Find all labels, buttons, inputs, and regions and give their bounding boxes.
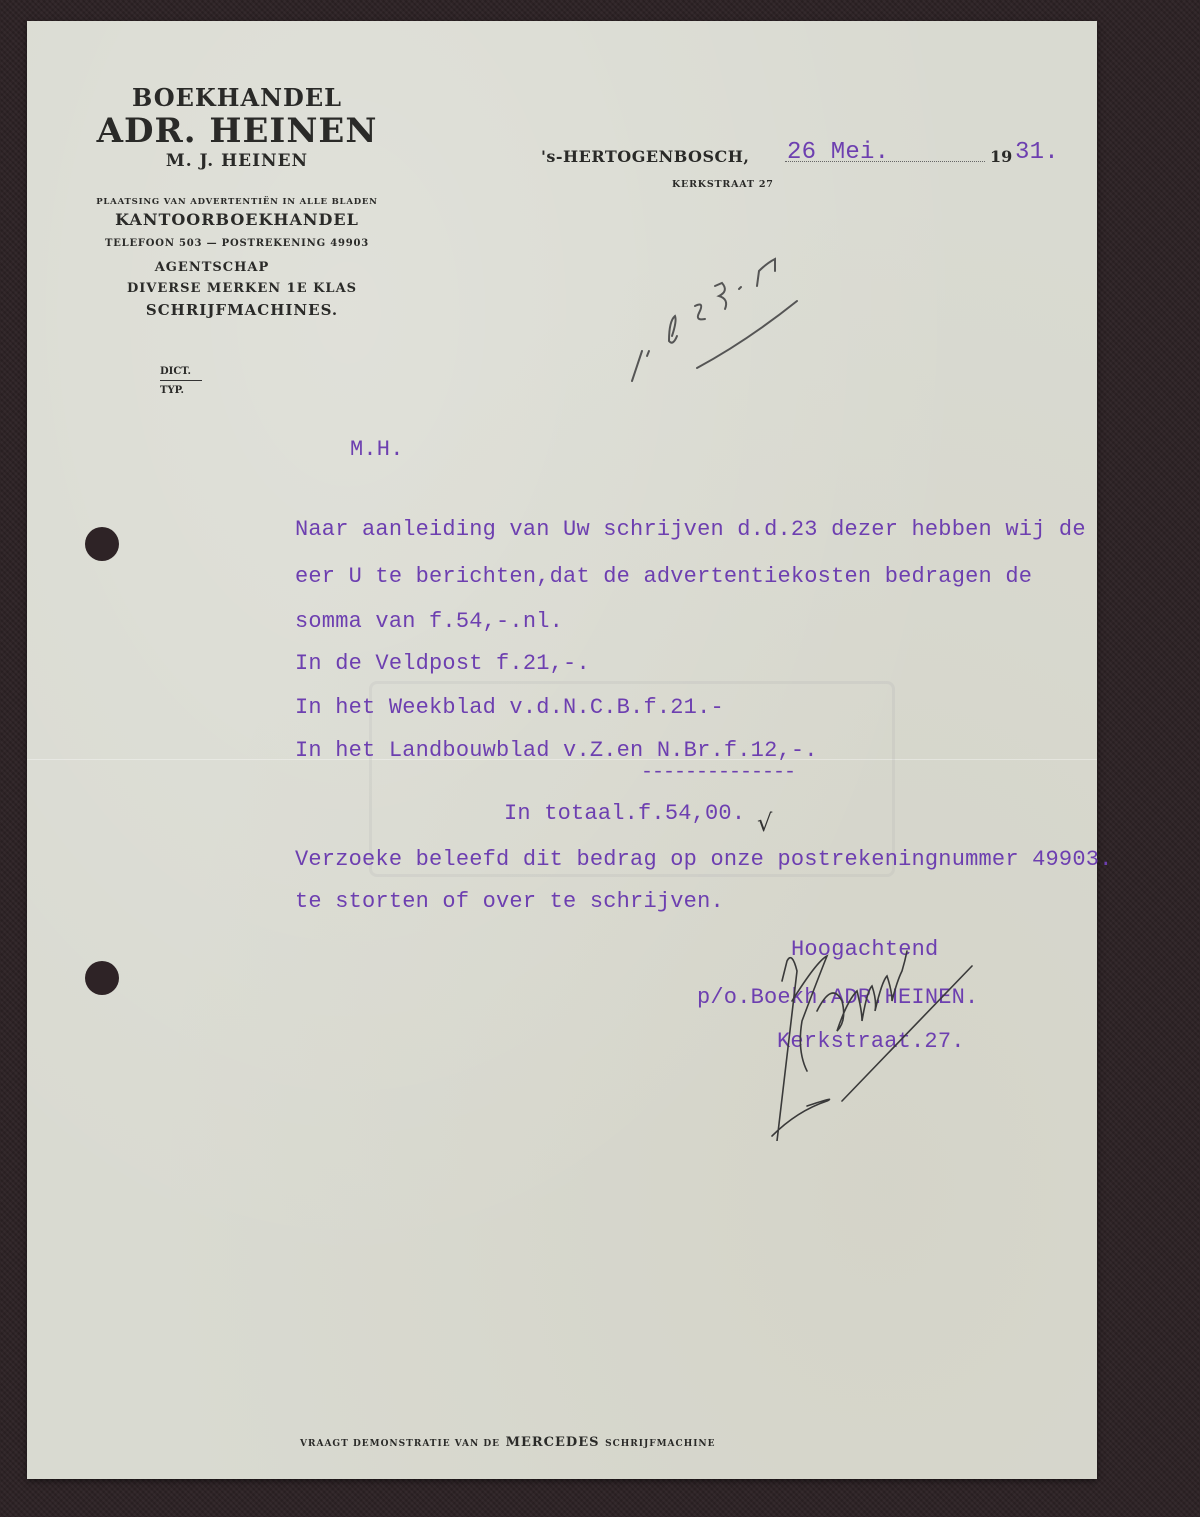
cost-item-weekblad: In het Weekblad v.d.N.C.B.f.21.- [295, 695, 724, 720]
address-label: KERKSTRAAT 27 [672, 179, 774, 190]
salutation: M.H. [350, 437, 404, 462]
total-line: In totaal.f.54,00. [504, 801, 745, 826]
punch-hole-lower [85, 961, 119, 995]
cost-item-landbouwblad: In het Landbouwblad v.Z.en N.Br.f.12,-. [295, 738, 818, 763]
check-mark-icon: √ [757, 809, 772, 837]
footer-post: SCHRIJFMACHINE [605, 1439, 715, 1449]
dict-typ-divider [160, 380, 202, 381]
letter-paper: BOEKHANDEL ADR. HEINEN M. J. HEINEN PLAA… [27, 21, 1097, 1479]
paragraph-line-2: eer U te berichten,dat de advertentiekos… [295, 564, 1032, 589]
handwritten-signature [747, 941, 977, 1141]
city-label: 's-HERTOGENBOSCH, [541, 147, 749, 166]
pencil-annotation [597, 241, 827, 411]
letterhead-owner: M. J. HEINEN [87, 151, 387, 171]
letterhead-line-boekhandel: BOEKHANDEL [87, 83, 387, 112]
footer-pre: VRAAGT DEMONSTRATIE VAN DE [300, 1439, 500, 1449]
letterhead-phone-account: TELEFOON 503 — POSTREKENING 49903 [57, 238, 417, 249]
typ-label: TYP. [160, 385, 184, 396]
footer-advert: VRAAGT DEMONSTRATIE VAN DE MERCEDES SCHR… [300, 1431, 880, 1450]
letterhead-advertising: PLAATSING VAN ADVERTENTIËN IN ALLE BLADE… [57, 197, 417, 207]
paragraph-line-1: Naar aanleiding van Uw schrijven d.d.23 … [295, 517, 1086, 542]
sum-rule: -------------- [641, 761, 795, 784]
closing-line-2: te storten of over te schrijven. [295, 889, 724, 914]
closing-line-1: Verzoeke beleefd dit bedrag op onze post… [295, 847, 1113, 872]
footer-brand: MERCEDES [506, 1435, 600, 1450]
letterhead-brands: DIVERSE MERKEN 1E KLAS [87, 281, 397, 296]
cost-item-veldpost: In de Veldpost f.21,-. [295, 651, 590, 676]
punch-hole-upper [85, 527, 119, 561]
date-day-month: 26 Mei. [787, 139, 889, 166]
paragraph-line-3: somma van f.54,-.nl. [295, 609, 563, 634]
dict-label: DICT. [160, 366, 191, 377]
letterhead-agentschap: AGENTSCHAP [87, 260, 337, 275]
year-suffix: 31. [1015, 139, 1059, 166]
letterhead-company-name: ADR. HEINEN [67, 111, 407, 151]
year-prefix: 19 [990, 147, 1012, 166]
letterhead-kantoorboekhandel: KANTOORBOEKHANDEL [67, 210, 407, 229]
letterhead-typewriters: SCHRIJFMACHINES. [87, 301, 397, 319]
